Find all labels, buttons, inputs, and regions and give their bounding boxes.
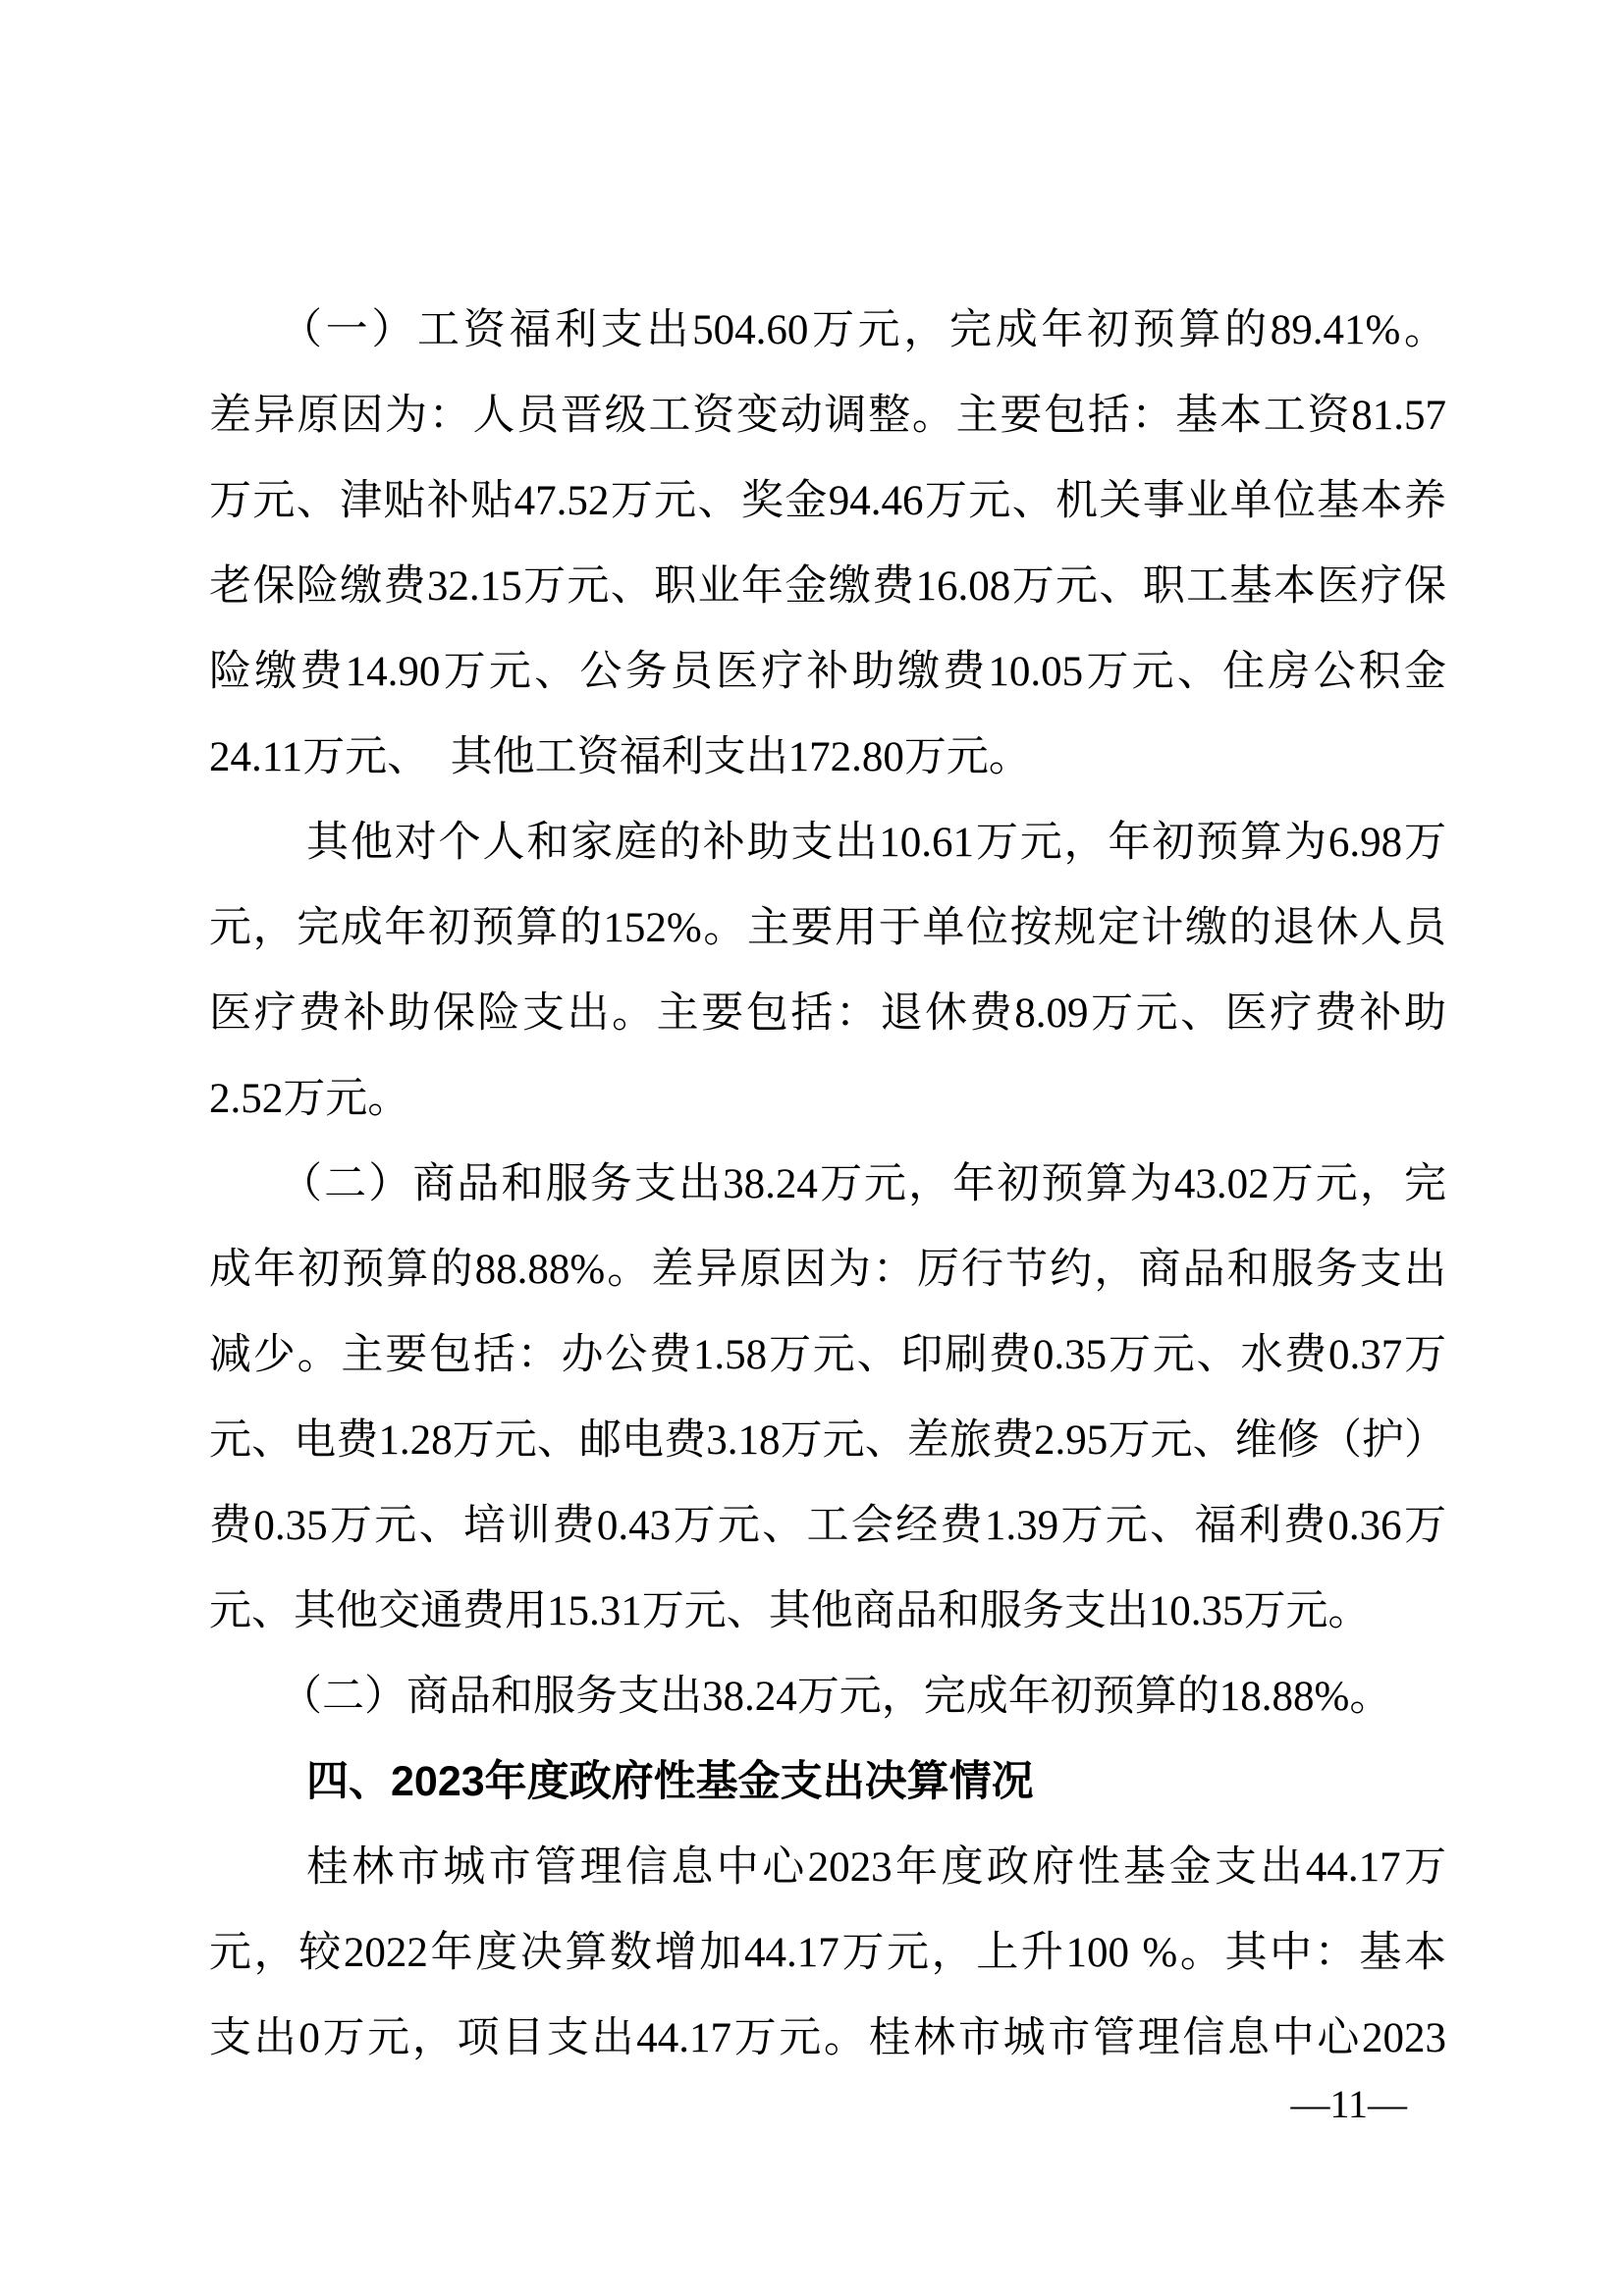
text-line: 24.11万元、 其他工资福利支出172.80万元。 [209, 715, 1446, 800]
text-line: （二）商品和服务支出38.24万元，年初预算为43.02万元，完 [209, 1142, 1446, 1227]
text-line: （一）工资福利支出504.60万元，完成年初预算的89.41%。 [209, 288, 1446, 373]
page-number: —11— [1290, 2083, 1407, 2126]
text-line: 桂林市城市管理信息中心2023年度政府性基金支出44.17万 [209, 1825, 1446, 1910]
text-line: 元、电费1.28万元、邮电费3.18万元、差旅费2.95万元、维修（护） [209, 1398, 1446, 1483]
document-body: （一）工资福利支出504.60万元，完成年初预算的89.41%。 差异原因为：人… [209, 288, 1446, 2081]
section-heading: 四、2023年度政府性基金支出决算情况 [209, 1739, 1446, 1825]
text-line: 元，较2022年度决算数增加44.17万元，上升100 %。其中：基本 [209, 1910, 1446, 1996]
text-line: 老保险缴费32.15万元、职业年金缴费16.08万元、职工基本医疗保 [209, 544, 1446, 629]
text-line: 元，完成年初预算的152%。主要用于单位按规定计缴的退休人员 [209, 885, 1446, 971]
text-line: 费0.35万元、培训费0.43万元、工会经费1.39万元、福利费0.36万 [209, 1483, 1446, 1569]
text-line: 减少。主要包括：办公费1.58万元、印刷费0.35万元、水费0.37万 [209, 1312, 1446, 1398]
text-line: 其他对个人和家庭的补助支出10.61万元，年初预算为6.98万 [209, 800, 1446, 885]
text-line: 成年初预算的88.88%。差异原因为：厉行节约，商品和服务支出 [209, 1227, 1446, 1312]
text-line: 元、其他交通费用15.31万元、其他商品和服务支出10.35万元。 [209, 1569, 1446, 1654]
text-line: 医疗费补助保险支出。主要包括：退休费8.09万元、医疗费补助 [209, 971, 1446, 1056]
text-line: 差异原因为：人员晋级工资变动调整。主要包括：基本工资81.57 [209, 373, 1446, 458]
text-line: （二）商品和服务支出38.24万元，完成年初预算的18.88%。 [209, 1654, 1446, 1739]
text-line: 支出0万元，项目支出44.17万元。桂林市城市管理信息中心2023 [209, 1996, 1446, 2081]
text-line: 险缴费14.90万元、公务员医疗补助缴费10.05万元、住房公积金 [209, 629, 1446, 715]
text-line: 万元、津贴补贴47.52万元、奖金94.46万元、机关事业单位基本养 [209, 458, 1446, 544]
text-line: 2.52万元。 [209, 1056, 1446, 1142]
